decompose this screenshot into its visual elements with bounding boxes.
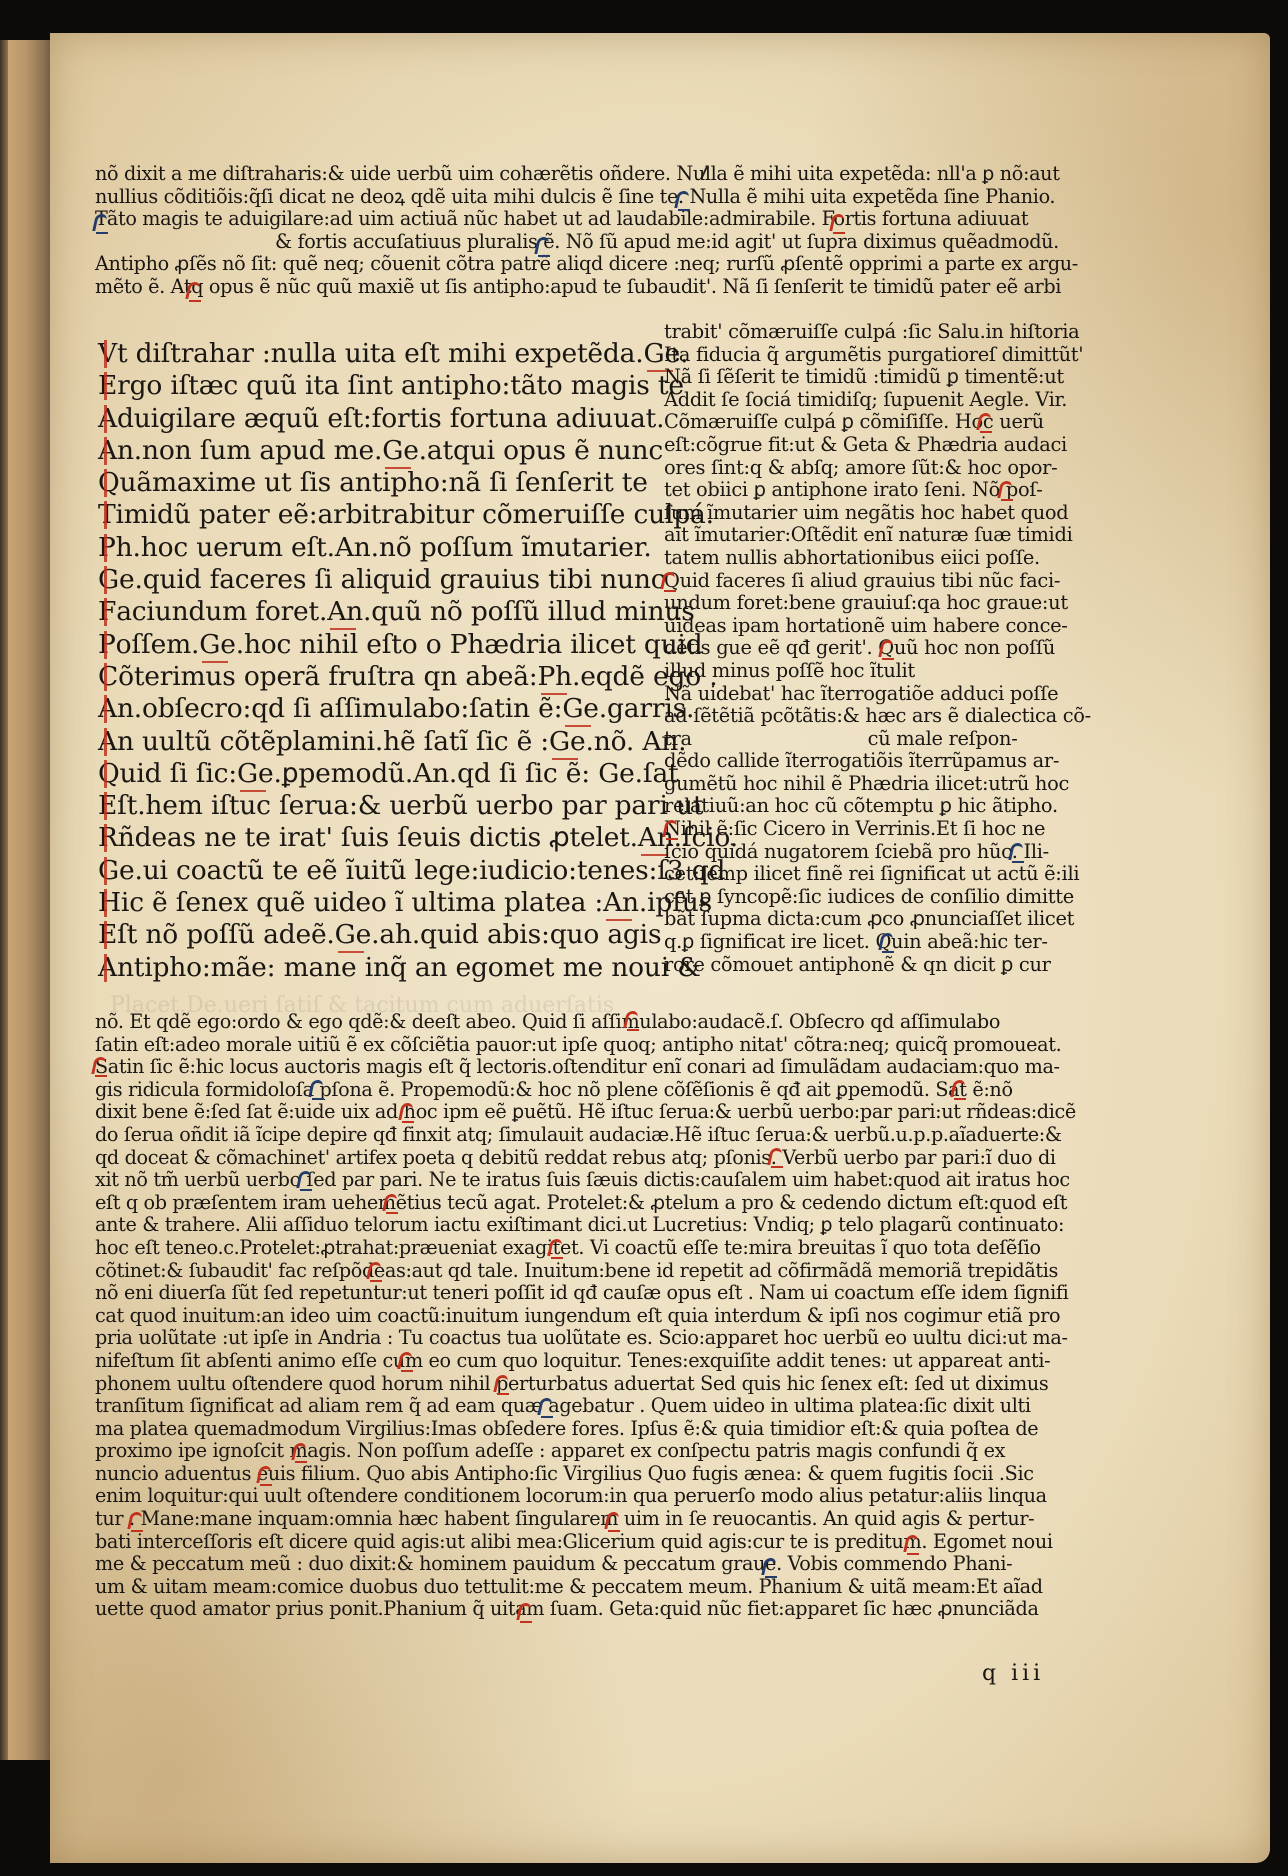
commentary-line: cõtinet:& ſubaudit' fac reſpõdeas:aut qd… bbox=[95, 1260, 1105, 1283]
commentary-line: qd doceat & cõmachinet' artifex poeta q … bbox=[95, 1147, 1105, 1170]
verse-line: Quid ſi ſic:Ge.ꝑpemodũ.An.qd ſi ſic ẽ: G… bbox=[98, 758, 598, 790]
speaker-abbrev: Ge. bbox=[549, 726, 594, 757]
verse-text: quũ nõ poſſũ illud minus bbox=[371, 596, 694, 627]
commentary-line: ores ſint:q & abſq; amore ſũt:& hoc opor… bbox=[664, 457, 1104, 480]
speaker-abbrev: An. bbox=[603, 887, 647, 918]
verse-text: hoc nihil eſto o Phædria ilicet quid bbox=[244, 629, 703, 660]
rubricated-initial: E bbox=[98, 370, 117, 401]
commentary-line: pria uolũtate :ut ipſe in Andria : Tu co… bbox=[95, 1327, 1105, 1350]
rubricated-initial: Q bbox=[98, 758, 120, 789]
rubricated-initial: C bbox=[98, 661, 118, 692]
paragraph-mark-icon bbox=[516, 1603, 532, 1621]
commentary-line: ſcio quidá nugatorem ſciebã pro hũc. Ili… bbox=[664, 841, 1104, 864]
commentary-line: Tãto magis te aduigilare:ad uim actiuã n… bbox=[95, 208, 1105, 231]
verse-line: Eſt.hem iſtuc ſerua:& uerbũ uerbo par pa… bbox=[98, 790, 598, 822]
paragraph-mark-icon bbox=[1008, 843, 1024, 861]
rubricated-initial: A bbox=[98, 435, 117, 466]
rubricated-initial: P bbox=[98, 532, 116, 563]
commentary-line: um & uitam meam:comice duobus duo tettul… bbox=[95, 1576, 1105, 1599]
paragraph-mark-icon bbox=[397, 1352, 413, 1370]
commentary-line: cet ꝑ ſyncopẽ:ſic iudices de conſilio di… bbox=[664, 886, 1104, 909]
verse-text: uãmaxime ut ſis antipho:nã ſi ſenſerit t… bbox=[120, 467, 648, 498]
paragraph-mark-icon bbox=[604, 1512, 620, 1530]
verse-line: Cõterimus operã fruſtra qn abeã:Ph.eqdẽ … bbox=[98, 661, 598, 693]
book-page: nõ dixit a me diſtraharis:& uide uerbũ u… bbox=[50, 33, 1270, 1863]
verse-text: ñdeas ne te irat' ſuis ſeuis dictis ꝓtel… bbox=[118, 822, 638, 853]
commentary-line: Cõmæruiſſe culpá ꝑ cõmiſiſſe. Hoc uerũ bbox=[664, 411, 1104, 434]
paragraph-mark-icon bbox=[291, 1443, 307, 1461]
commentary-line: Addit ſe ſociá timidiſq; ſupuenit Aegle.… bbox=[664, 389, 1104, 412]
verse-text: ſt.hem iſtuc ſerua:& uerbũ uerbo par par… bbox=[117, 790, 703, 821]
commentary-bottom: nõ. Et qdẽ ego:ordo & ego qdẽ:& deeſt ab… bbox=[95, 1011, 1105, 1621]
verse-line: Hic ẽ ſenex quẽ uideo ĩ ultima platea :A… bbox=[98, 887, 598, 919]
paragraph-mark-icon bbox=[660, 572, 676, 590]
verse-text: ꝑpemodũ.An.qd ſi ſic ẽ: Ge.ſat bbox=[282, 758, 679, 789]
rubricated-initial: E bbox=[98, 790, 117, 821]
verse-line: Faciundum foret.An.quũ nõ poſſũ illud mi… bbox=[98, 596, 598, 628]
verse-line: Poſſem.Ge.hoc nihil eſto o Phædria ilice… bbox=[98, 629, 598, 661]
rubricated-initial: G bbox=[98, 564, 119, 595]
verse-text: ſt nõ poſſũ adeẽ. bbox=[117, 919, 335, 950]
verse-line: Ergo iſtæc quũ ita ſint antipho:tãto mag… bbox=[98, 370, 598, 402]
commentary-line: tatem nullis abhortationibus eiici poſſe… bbox=[664, 547, 1104, 570]
verse-line: Ge.ui coactũ te eẽ ĩuitũ lege:iudicio:te… bbox=[98, 855, 598, 887]
rubricated-initial: T bbox=[98, 499, 115, 530]
commentary-line: dixit bene ẽ:ſed ſat ẽ:uide uix ad hoc i… bbox=[95, 1101, 1105, 1124]
commentary-line: mẽto ẽ. Atq opus ẽ nũc quũ maxiẽ ut ſis … bbox=[95, 276, 1105, 299]
paragraph-mark-icon bbox=[950, 1080, 966, 1098]
verse-text: aciundum foret. bbox=[116, 596, 327, 627]
paragraph-mark-icon bbox=[976, 413, 992, 431]
commentary-line: gumẽtũ hoc nihil ẽ Phædria ilicet:utrũ h… bbox=[664, 773, 1104, 796]
paragraph-mark-icon bbox=[296, 1171, 312, 1189]
commentary-line: tur . Mane:mane inquam:omnia hæc habent … bbox=[95, 1508, 1105, 1531]
commentary-line: ante & trahere. Alii aſſiduo telorum iac… bbox=[95, 1214, 1105, 1237]
commentary-line: me & peccatum meũ : duo dixit:& hominem … bbox=[95, 1553, 1105, 1576]
verse-text: ah.quid abis:quo agis bbox=[379, 919, 661, 950]
verse-line: Aduigilare æquũ eſt:fortis fortuna adiuu… bbox=[98, 403, 598, 435]
book-gutter bbox=[8, 40, 54, 1760]
commentary-top: nõ dixit a me diſtraharis:& uide uerbũ u… bbox=[95, 163, 1105, 299]
commentary-line: nõ dixit a me diſtraharis:& uide uerbũ u… bbox=[95, 163, 1105, 186]
commentary-line: Ita fiducia q̃ argumẽtis purgatioreſ dim… bbox=[664, 344, 1104, 367]
commentary-line: cat quod inuitum:an ideo uim coactũ:inui… bbox=[95, 1305, 1105, 1328]
verse-text: n.non ſum apud me. bbox=[117, 435, 382, 466]
paragraph-mark-icon bbox=[761, 1558, 777, 1576]
commentary-line: uette quod amator prius ponit.Phanium q̃… bbox=[95, 1598, 1105, 1621]
commentary-line: nullius cõditiõis:q̃ſi dicat ne deoꝝ qdẽ… bbox=[95, 186, 1105, 209]
rubricated-initial: G bbox=[98, 855, 119, 886]
commentary-line: Satin ſic ẽ:hic locus auctoris magis eſt… bbox=[95, 1056, 1105, 1079]
rubricated-initial: A bbox=[98, 726, 117, 757]
rubricated-initial: Q bbox=[98, 467, 120, 498]
paragraph-mark-icon bbox=[829, 214, 845, 232]
commentary-line: Antipho ꝓſẽs nõ ſit: quẽ neq; cõuenit cõ… bbox=[95, 253, 1105, 276]
play-text: Vt diſtrahar :nulla uita eſt mihi expetẽ… bbox=[98, 338, 598, 984]
rubricated-initial: E bbox=[98, 919, 117, 950]
verse-text: imidũ pater eẽ:arbitrabitur cõmeruiſſe c… bbox=[115, 499, 713, 530]
commentary-line: enim loquitur:qui uult oſtendere conditi… bbox=[95, 1485, 1105, 1508]
verse-text: ic ẽ ſenex quẽ uideo ĩ ultima platea : bbox=[121, 887, 603, 918]
verse-text: n uultũ cõtẽplamini.hẽ ſatĩ ſic ẽ : bbox=[117, 726, 549, 757]
rubricated-initial: F bbox=[98, 596, 116, 627]
commentary-line: nuncio aduentus euis filium. Quo abis An… bbox=[95, 1463, 1105, 1486]
commentary-line: tra cũ male reſpon‐ bbox=[664, 728, 1104, 751]
commentary-line: ſum ĩmutarier uim negãtis hoc habet quod bbox=[664, 502, 1104, 525]
paragraph-mark-icon bbox=[398, 1103, 414, 1121]
commentary-line: trabit' cõmæruiſſe culpá :ſic Salu.in hi… bbox=[664, 321, 1104, 344]
commentary-line: phonem uultu oſtendere quod horum nihil … bbox=[95, 1373, 1105, 1396]
paragraph-mark-icon bbox=[878, 933, 894, 951]
verse-text: e.quid faceres ſi aliquid grauius tibi n… bbox=[119, 564, 665, 595]
speaker-abbrev: An. bbox=[327, 596, 371, 627]
verse-line: Eſt nõ poſſũ adeẽ.Ge.ah.quid abis:quo ag… bbox=[98, 919, 598, 951]
paragraph-mark-icon bbox=[185, 282, 201, 300]
verse-text: atqui opus ẽ nunc bbox=[427, 435, 663, 466]
commentary-line: Nã uidebat' hac ĩterrogatiõe adduci poſſ… bbox=[664, 683, 1104, 706]
verse-line: An uultũ cõtẽplamini.hẽ ſatĩ ſic ẽ :Ge.n… bbox=[98, 726, 598, 758]
verse-text: ntipho:mãe: mane inq̃ an egomet me noui … bbox=[117, 952, 701, 983]
paragraph-mark-icon bbox=[903, 1535, 919, 1553]
paragraph-mark-icon bbox=[493, 1375, 509, 1393]
paragraph-mark-icon bbox=[92, 214, 108, 232]
verse-text: e.ui coactũ te eẽ ĩuitũ lege:iudicio:ten… bbox=[119, 855, 725, 886]
commentary-line: ma platea quemadmodum Virgilius:Imas obſ… bbox=[95, 1418, 1105, 1441]
commentary-line: xit nõ tm̃ uerbũ uerbo ſed par pari. Ne … bbox=[95, 1169, 1105, 1192]
paragraph-mark-icon bbox=[534, 237, 550, 255]
commentary-line: ait ĩmutarier:Oſtẽdit enĩ naturæ ſuæ tim… bbox=[664, 524, 1104, 547]
rubricated-initial: H bbox=[98, 887, 121, 918]
speaker-abbrev: Ge. bbox=[562, 693, 607, 724]
verse-text: rgo iſtæc quũ ita ſint antipho:tãto magi… bbox=[117, 370, 684, 401]
verse-text: uid ſi ſic: bbox=[120, 758, 238, 789]
verse-text: t diſtrahar :nulla uita eſt mihi expetẽd… bbox=[117, 338, 644, 369]
rubricated-initial: A bbox=[98, 952, 117, 983]
commentary-line: ad ſẽtẽtiã pcõtãtis:& hæc ars ẽ dialecti… bbox=[664, 705, 1104, 728]
paragraph-mark-icon bbox=[997, 481, 1013, 499]
commentary-line: eſt:cõgrue fit:ut & Geta & Phædria audac… bbox=[664, 434, 1104, 457]
paragraph-mark-icon bbox=[547, 1239, 563, 1257]
commentary-line: nõ. Et qdẽ ego:ordo & ego qdẽ:& deeſt ab… bbox=[95, 1011, 1105, 1034]
verse-line: An.non ſum apud me.Ge.atqui opus ẽ nunc bbox=[98, 435, 598, 467]
speaker-abbrev: Ge. bbox=[382, 435, 427, 466]
verse-text: h.hoc uerum eſt.An.nõ poſſum ĩmutarier. bbox=[116, 532, 652, 563]
verse-line: Timidũ pater eẽ:arbitrabitur cõmeruiſſe … bbox=[98, 499, 598, 531]
verse-text: duigilare æquũ eſt:fortis fortuna adiuua… bbox=[117, 403, 664, 434]
verse-line: Quãmaxime ut ſis antipho:nã ſi ſenſerit … bbox=[98, 467, 598, 499]
rubricated-initial: A bbox=[98, 693, 117, 724]
verse-text: õterimus operã fruſtra qn abeã: bbox=[118, 661, 537, 692]
rubricated-initial: P bbox=[98, 629, 116, 660]
paragraph-mark-icon bbox=[366, 1262, 382, 1280]
commentary-line: Nihil ẽ:ſic Cicero in Verrinis.Et ſi hoc… bbox=[664, 818, 1104, 841]
paragraph-mark-icon bbox=[127, 1512, 143, 1530]
rubricated-initial: A bbox=[98, 403, 117, 434]
paragraph-mark-icon bbox=[382, 1194, 398, 1212]
speaker-abbrev: Ge. bbox=[199, 629, 244, 660]
commentary-line: bãt ſupma dicta:cum ꝓco ꝓnunciaſſet ilic… bbox=[664, 908, 1104, 931]
speaker-abbrev: Ge. bbox=[237, 758, 282, 789]
rubricated-initial: V bbox=[98, 338, 117, 369]
commentary-line: tranſitum ſignificat ad aliam rem q̃ ad … bbox=[95, 1395, 1105, 1418]
commentary-line: undum foret:bene grauiuſ:qa hoc graue:ut bbox=[664, 592, 1104, 615]
paragraph-mark-icon bbox=[623, 1011, 639, 1029]
paragraph-mark-icon bbox=[308, 1080, 324, 1098]
speaker-abbrev: Ge. bbox=[335, 919, 380, 950]
verse-line: Ph.hoc uerum eſt.An.nõ poſſum ĩmutarier. bbox=[98, 532, 598, 564]
paragraph-mark-icon bbox=[767, 1148, 783, 1166]
commentary-line: illud minus poſſẽ hoc ĩtulit bbox=[664, 660, 1104, 683]
commentary-line: eſt q ob præſentem iram uehemẽtius tecũ … bbox=[95, 1192, 1105, 1215]
verse-line: Antipho:mãe: mane inq̃ an egomet me noui… bbox=[98, 952, 598, 984]
paragraph-mark-icon bbox=[91, 1057, 107, 1075]
paragraph-mark-icon bbox=[674, 191, 690, 209]
commentary-line: nifeſtum ſit abſenti animo eſſe cum eo c… bbox=[95, 1350, 1105, 1373]
commentary-line: proximo ipe ignoſcit magis. Non poſſum a… bbox=[95, 1440, 1105, 1463]
commentary-line: ſatin eſt:adeo morale uitiũ ẽ ex cõſciẽt… bbox=[95, 1034, 1105, 1057]
paragraph-mark-icon bbox=[878, 640, 894, 658]
paragraph-mark-icon bbox=[537, 1398, 553, 1416]
verse-line: An.obſecro:qd ſi aſſimulabo:ſatin ẽ:Ge.g… bbox=[98, 693, 598, 725]
speaker-abbrev: Ph. bbox=[538, 661, 581, 692]
commentary-line: hoc eſt teneo.c.Protelet:ꝓtrahat:præueni… bbox=[95, 1237, 1105, 1260]
commentary-line: Quid faceres ſi aliud grauius tibi nũc f… bbox=[664, 570, 1104, 593]
commentary-line: cet:ſemp ilicet finẽ rei ſignificat ut a… bbox=[664, 863, 1104, 886]
printer-signature: q iii bbox=[982, 1661, 1044, 1686]
commentary-line: dẽdo callide ĩterrogatiõis ĩterrũpamus a… bbox=[664, 750, 1104, 773]
verse-line: Rñdeas ne te irat' ſuis ſeuis dictis ꝓte… bbox=[98, 822, 598, 854]
commentary-line: uideas ipam hortationẽ uim habere conce‐ bbox=[664, 615, 1104, 638]
paragraph-mark-icon bbox=[662, 820, 678, 838]
verse-text: oſſem. bbox=[116, 629, 200, 660]
verse-line: Ge.quid faceres ſi aliquid grauius tibi … bbox=[98, 564, 598, 596]
verse-line: Vt diſtrahar :nulla uita eſt mihi expetẽ… bbox=[98, 338, 598, 370]
commentary-line: relatiuũ:an hoc cũ cõtemptu ꝑ hic ãtipho… bbox=[664, 795, 1104, 818]
commentary-line: do ſerua oñdit iã ĩcipe depire qđ finxit… bbox=[95, 1124, 1105, 1147]
verse-text: n.obſecro:qd ſi aſſimulabo:ſatin ẽ: bbox=[117, 693, 562, 724]
commentary-line: tet obiici ꝑ antiphone irato ſeni. Nõ po… bbox=[664, 479, 1104, 502]
rubricated-initial: R bbox=[98, 822, 118, 853]
paragraph-mark-icon bbox=[256, 1466, 272, 1484]
commentary-line: rore cõmouet antiphonẽ & qn dicit ꝑ cur bbox=[664, 954, 1104, 977]
commentary-line: Nã ſi ſẽſerit te timidũ :timidũ ꝑ timent… bbox=[664, 366, 1104, 389]
commentary-line: bati interceſſoris eſt dicere quid agis:… bbox=[95, 1531, 1105, 1554]
commentary-line: & fortis accuſatiuus pluralis ẽ. Nõ ſũ a… bbox=[95, 231, 1105, 254]
commentary-line: nõ eni diuerſa ſũt ſed repetuntur:ut ten… bbox=[95, 1282, 1105, 1305]
